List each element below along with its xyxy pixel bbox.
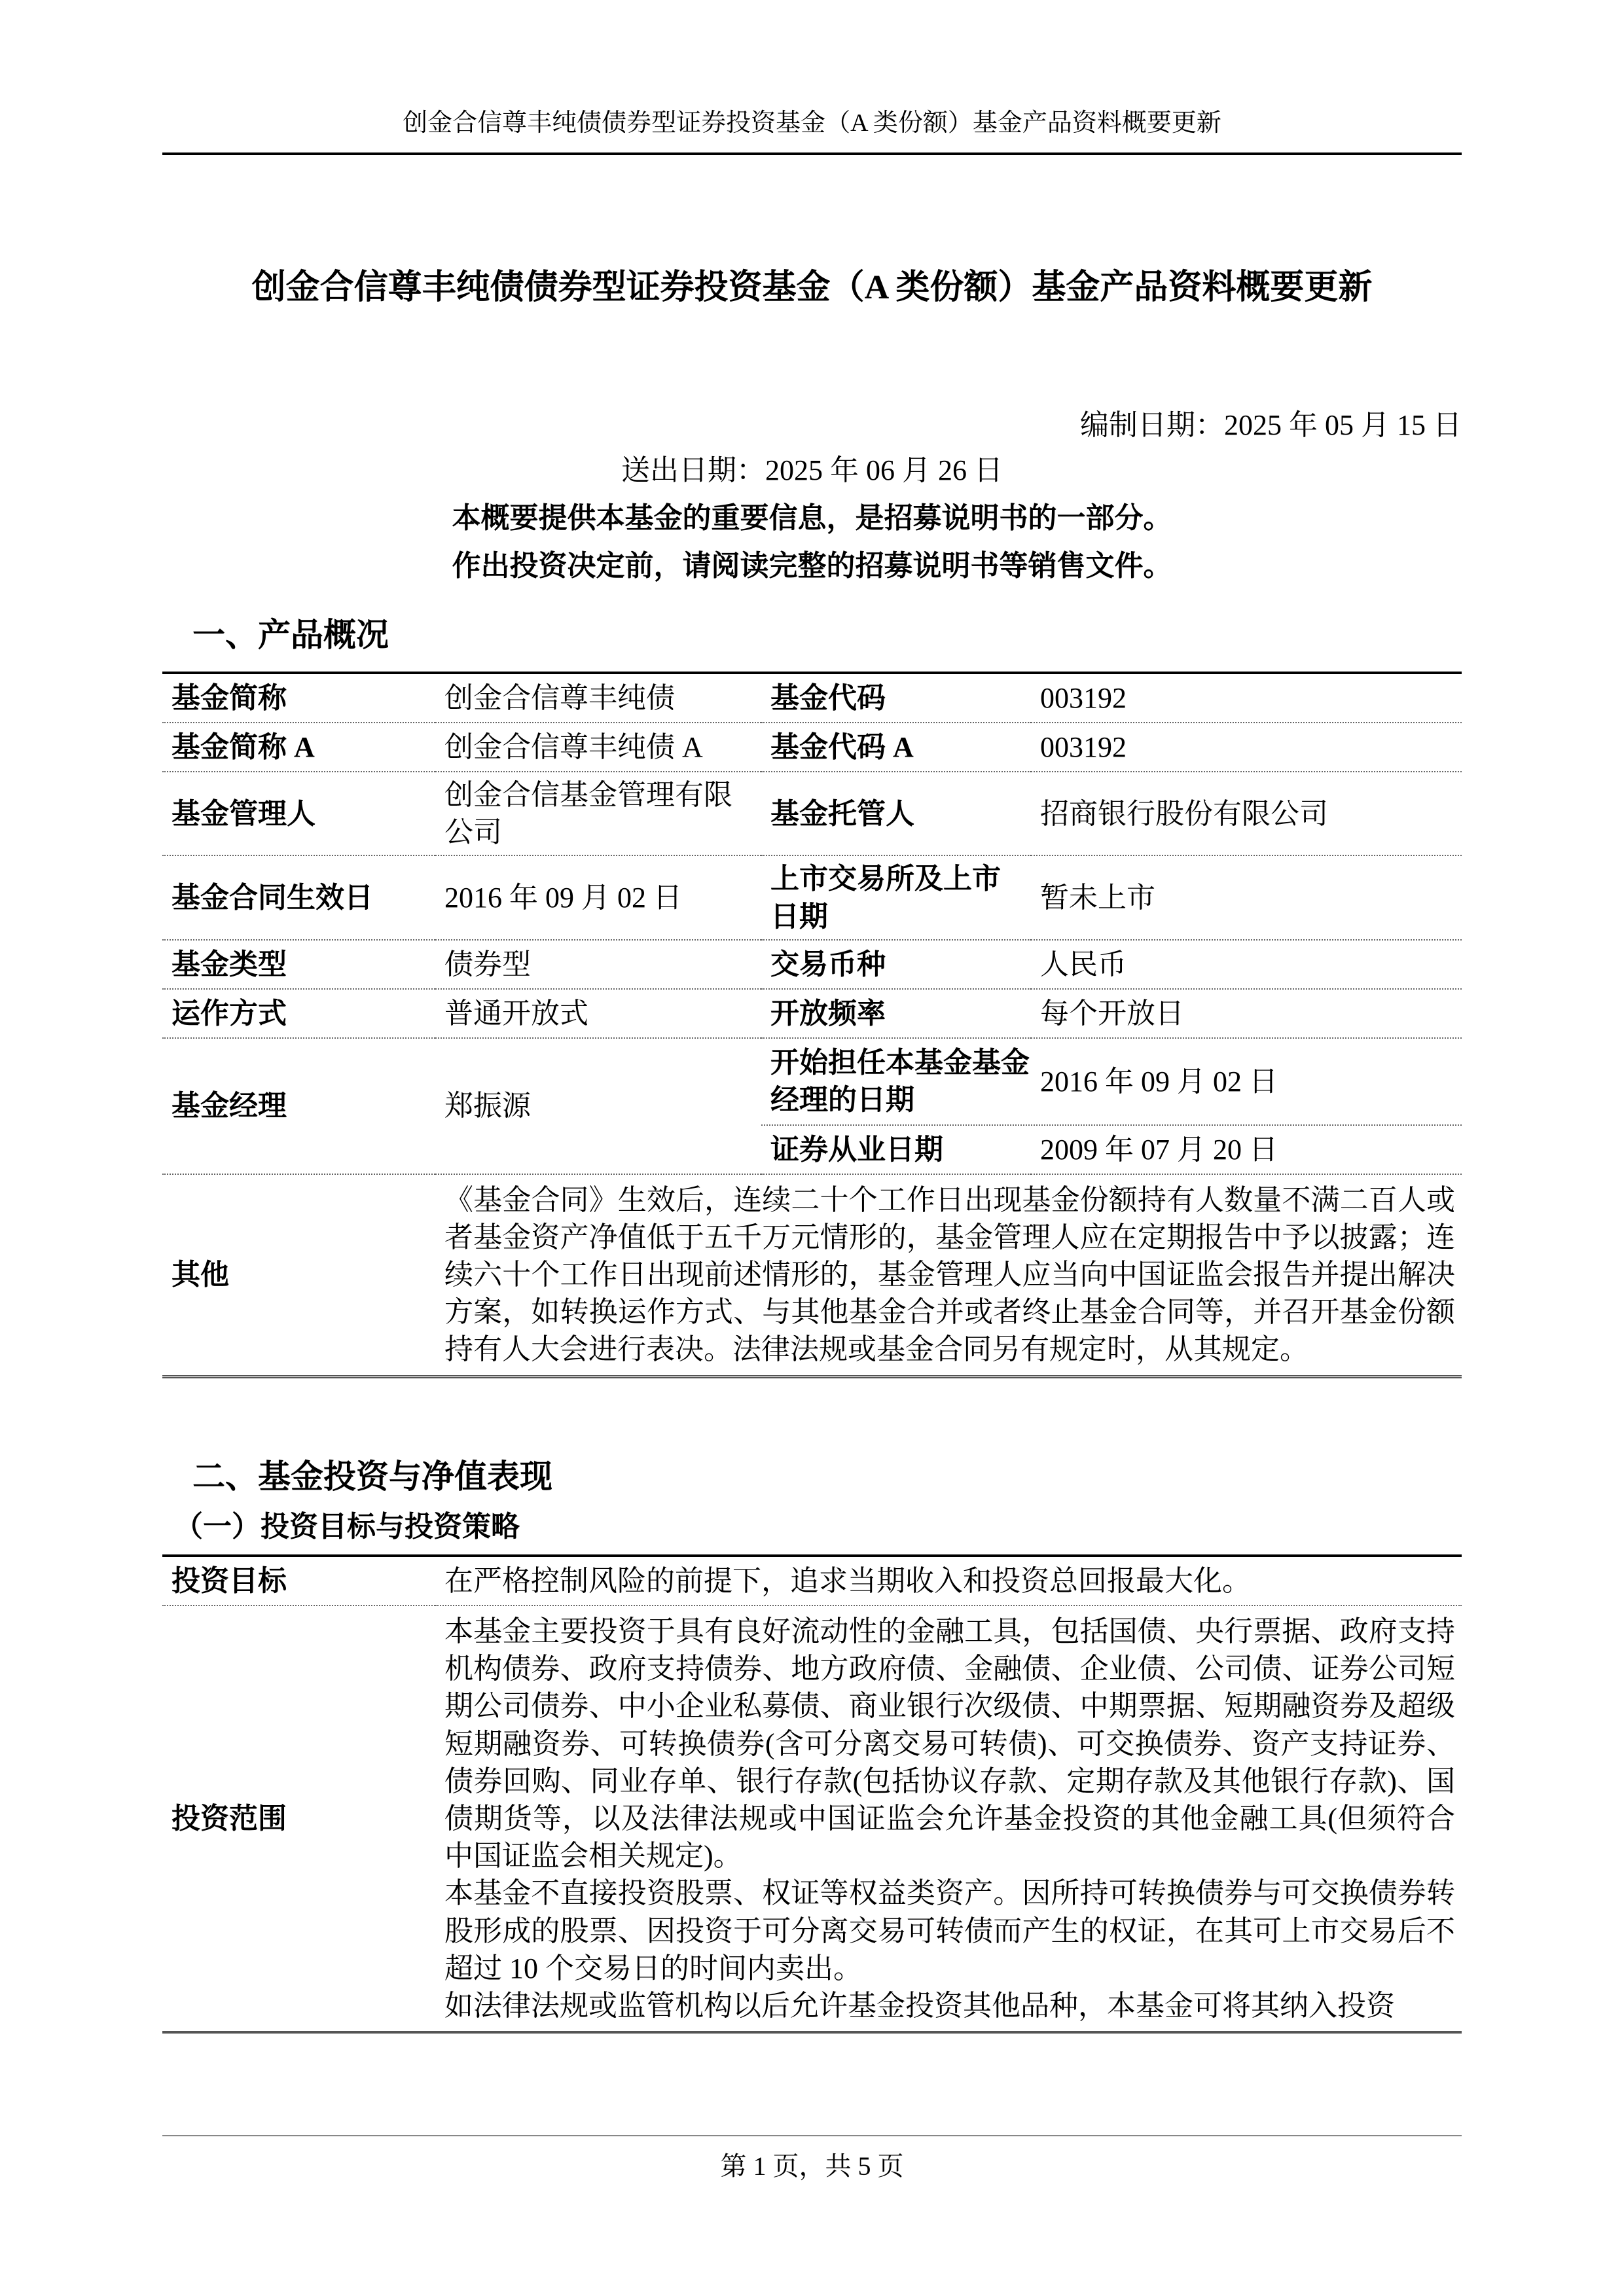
investment-scope-paragraph-1: 本基金主要投资于具有良好流动性的金融工具，包括国债、央行票据、政府支持机构债券、… (444, 1613, 1455, 1874)
row-label-contract-effective-date: 基金合同生效日 (162, 855, 435, 939)
cell-listing-exchange: 暂未上市 (1031, 855, 1462, 939)
fund-manager-name: 创金合信基金管理有限公司 (444, 776, 746, 851)
table-row-type-currency: 基金类型 债券型 交易币种 人民币 (162, 940, 1462, 989)
row-label-listing-exchange: 上市交易所及上市日期 (761, 855, 1031, 939)
row-label-fund-short-name: 基金简称 (162, 673, 435, 723)
cell-operation-mode: 普通开放式 (435, 989, 761, 1038)
row-label-open-frequency: 开放频率 (761, 989, 1031, 1038)
cell-investment-objective: 在严格控制风险的前提下，追求当期收入和投资总回报最大化。 (435, 1556, 1462, 1605)
row-label-investment-objective: 投资目标 (162, 1556, 435, 1605)
table-row-investment-objective: 投资目标 在严格控制风险的前提下，追求当期收入和投资总回报最大化。 (162, 1556, 1462, 1605)
section-2-heading: 二、基金投资与净值表现 (162, 1457, 1462, 1496)
table-row-other: 其他 《基金合同》生效后，连续二十个工作日出现基金份额持有人数量不满二百人或者基… (162, 1174, 1462, 1376)
table-row-effective-date-listing: 基金合同生效日 2016 年 09 月 02 日 上市交易所及上市日期 暂未上市 (162, 855, 1462, 939)
row-label-operation-mode: 运作方式 (162, 989, 435, 1038)
table-row-operation-frequency: 运作方式 普通开放式 开放频率 每个开放日 (162, 989, 1462, 1038)
cell-fund-manager-person: 郑振源 (435, 1038, 761, 1174)
row-label-fund-manager-person: 基金经理 (162, 1038, 435, 1174)
section-2-1-subheading: （一）投资目标与投资策略 (162, 1508, 1462, 1545)
page-number: 第 1 页，共 5 页 (721, 2151, 904, 2181)
row-label-trading-currency: 交易币种 (761, 940, 1031, 989)
cell-manager-start-date: 2016 年 09 月 02 日 (1031, 1058, 1462, 1105)
section-1-heading: 一、产品概况 (162, 615, 1462, 655)
row-label-fund-code-a: 基金代码 A (761, 723, 1031, 772)
table-row-fund-short-name: 基金简称 创金合信尊丰纯债 基金代码 003192 (162, 673, 1462, 723)
table-row-manager-custodian: 基金管理人 创金合信基金管理有限公司 基金托管人 招商银行股份有限公司 (162, 772, 1462, 855)
row-label-fund-short-name-a: 基金简称 A (162, 723, 435, 772)
cell-open-frequency: 每个开放日 (1031, 989, 1462, 1038)
row-label-fund-manager: 基金管理人 (162, 772, 435, 855)
subrow-manager-start-date: 开始担任本基金基金经理的日期 2016 年 09 月 02 日 (761, 1039, 1462, 1124)
notice-line-1: 本概要提供本基金的重要信息，是招募说明书的一部分。 (162, 499, 1462, 537)
page-footer: 第 1 页，共 5 页 (162, 2135, 1462, 2183)
prepared-date: 编制日期：2025 年 05 月 15 日 (162, 406, 1462, 444)
investment-scope-paragraph-3: 如法律法规或监管机构以后允许基金投资其他品种，本基金可将其纳入投资 (444, 1987, 1455, 2024)
row-label-fund-code: 基金代码 (761, 673, 1031, 723)
document-title: 创金合信尊丰纯债债券型证券投资基金（A 类份额）基金产品资料概要更新 (162, 268, 1462, 308)
cell-other-clause: 《基金合同》生效后，连续二十个工作日出现基金份额持有人数量不满二百人或者基金资产… (435, 1174, 1462, 1376)
product-overview-table: 基金简称 创金合信尊丰纯债 基金代码 003192 基金简称 A 创金合信尊丰纯… (162, 672, 1462, 1378)
cell-investment-scope: 本基金主要投资于具有良好流动性的金融工具，包括国债、央行票据、政府支持机构债券、… (435, 1605, 1462, 2032)
row-label-fund-custodian: 基金托管人 (761, 772, 1031, 855)
table-row-investment-scope: 投资范围 本基金主要投资于具有良好流动性的金融工具，包括国债、央行票据、政府支持… (162, 1605, 1462, 2032)
page-header-title: 创金合信尊丰纯债债券型证券投资基金（A 类份额）基金产品资料概要更新 (403, 109, 1221, 137)
row-label-investment-scope: 投资范围 (162, 1605, 435, 2032)
cell-manager-dates: 开始担任本基金基金经理的日期 2016 年 09 月 02 日 证券从业日期 2… (761, 1038, 1462, 1174)
cell-fund-short-name-a: 创金合信尊丰纯债 A (435, 723, 761, 772)
investment-scope-paragraph-2: 本基金不直接投资股票、权证等权益类资产。因所持可转换债券与可交换债券转股形成的股… (444, 1874, 1455, 1987)
table-row-fund-short-name-a: 基金简称 A 创金合信尊丰纯债 A 基金代码 A 003192 (162, 723, 1462, 772)
subrow-securities-career-date: 证券从业日期 2009 年 07 月 20 日 (761, 1124, 1462, 1174)
cell-fund-code: 003192 (1031, 673, 1462, 723)
sent-date: 送出日期：2025 年 06 月 26 日 (162, 452, 1462, 489)
cell-fund-type: 债券型 (435, 940, 761, 989)
row-label-manager-start-date: 开始担任本基金基金经理的日期 (761, 1039, 1031, 1124)
row-label-securities-career-date: 证券从业日期 (761, 1126, 1031, 1174)
cell-fund-manager: 创金合信基金管理有限公司 (435, 772, 761, 855)
row-label-other: 其他 (162, 1174, 435, 1376)
table-row-fund-manager-person: 基金经理 郑振源 开始担任本基金基金经理的日期 2016 年 09 月 02 日… (162, 1038, 1462, 1174)
page-header: 创金合信尊丰纯债债券型证券投资基金（A 类份额）基金产品资料概要更新 (162, 108, 1462, 155)
investment-objective-table: 投资目标 在严格控制风险的前提下，追求当期收入和投资总回报最大化。 投资范围 本… (162, 1554, 1462, 2034)
notice-line-2: 作出投资决定前，请阅读完整的招募说明书等销售文件。 (162, 547, 1462, 584)
cell-trading-currency: 人民币 (1031, 940, 1462, 989)
cell-fund-short-name: 创金合信尊丰纯债 (435, 673, 761, 723)
cell-securities-career-date: 2009 年 07 月 20 日 (1031, 1126, 1462, 1174)
row-label-fund-type: 基金类型 (162, 940, 435, 989)
cell-fund-custodian: 招商银行股份有限公司 (1031, 772, 1462, 855)
cell-contract-effective-date: 2016 年 09 月 02 日 (435, 855, 761, 939)
document-page: 创金合信尊丰纯债债券型证券投资基金（A 类份额）基金产品资料概要更新 创金合信尊… (0, 0, 1624, 2296)
cell-fund-code-a: 003192 (1031, 723, 1462, 772)
